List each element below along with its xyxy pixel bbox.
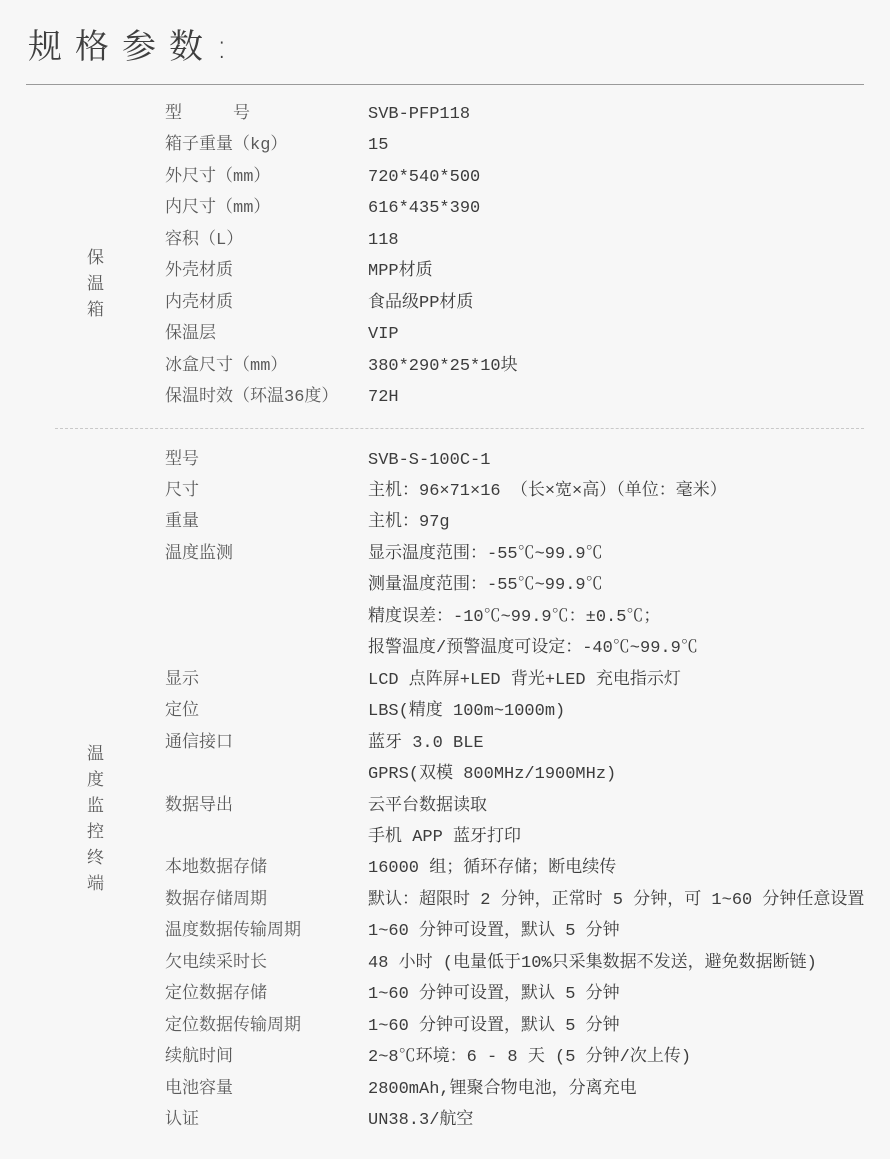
spec-row: 保温层 VIP xyxy=(165,319,864,350)
spec-value-line: 精度误差：-10℃~99.9℃：±0.5℃； xyxy=(368,602,864,633)
spec-property-name: 保温时效（环温36度） xyxy=(165,382,368,413)
spec-value-line: 食品级PP材质 xyxy=(368,288,864,319)
spec-property-name: 保温层 xyxy=(165,319,368,350)
spec-value-line: 显示温度范围：-55℃~99.9℃ xyxy=(368,539,864,570)
spec-property-name: 数据存储周期 xyxy=(165,885,368,916)
spec-property-name: 温度数据传输周期 xyxy=(165,916,368,947)
spec-row: 本地数据存储 16000 组；循环存储；断电续传 xyxy=(165,853,864,884)
spec-table: 保温箱 型 号 SVB-PFP118 箱子重量（kg） 15 外尺寸（mm） 7… xyxy=(26,99,864,1137)
section-divider xyxy=(55,428,864,429)
spec-property-values: 15 xyxy=(368,130,864,161)
section-label-cell: 温度监控终端 xyxy=(26,445,165,1137)
spec-value-line: 主机：96×71×16 （长×宽×高）（单位：毫米） xyxy=(368,476,864,507)
spec-value-line: 主机：97g xyxy=(368,507,864,538)
spec-property-values: 蓝牙 3.0 BLEGPRS(双模 800MHz/1900MHz) xyxy=(368,728,864,791)
spec-property-values: 主机：97g xyxy=(368,507,864,538)
spec-row: 重量 主机：97g xyxy=(165,507,864,538)
spec-property-values: 380*290*25*10块 xyxy=(368,351,864,382)
spec-section: 保温箱 型 号 SVB-PFP118 箱子重量（kg） 15 外尺寸（mm） 7… xyxy=(26,99,864,414)
spec-value-line: 48 小时 (电量低于10%只采集数据不发送，避免数据断链) xyxy=(368,948,864,979)
spec-property-name: 本地数据存储 xyxy=(165,853,368,884)
spec-row: 容积（L） 118 xyxy=(165,225,864,256)
spec-value-line: SVB-PFP118 xyxy=(368,99,864,130)
spec-property-name: 尺寸 xyxy=(165,476,368,507)
spec-property-values: VIP xyxy=(368,319,864,350)
spec-row: 箱子重量（kg） 15 xyxy=(165,130,864,161)
spec-value-line: VIP xyxy=(368,319,864,350)
spec-section: 温度监控终端 型号 SVB-S-100C-1 尺寸 主机：96×71×16 （长… xyxy=(26,445,864,1137)
spec-row: 欠电续采时长 48 小时 (电量低于10%只采集数据不发送，避免数据断链) xyxy=(165,948,864,979)
spec-value-line: SVB-S-100C-1 xyxy=(368,445,864,476)
spec-value-line: 手机 APP 蓝牙打印 xyxy=(368,822,864,853)
spec-row: 定位 LBS(精度 100m~1000m) xyxy=(165,696,864,727)
spec-row: 型 号 SVB-PFP118 xyxy=(165,99,864,130)
spec-value-line: 616*435*390 xyxy=(368,193,864,224)
spec-property-name: 定位数据存储 xyxy=(165,979,368,1010)
spec-row: 型号 SVB-S-100C-1 xyxy=(165,445,864,476)
spec-property-name: 欠电续采时长 xyxy=(165,948,368,979)
spec-value-line: 1~60 分钟可设置，默认 5 分钟 xyxy=(368,1011,864,1042)
spec-property-values: 2~8℃环境：6 - 8 天 (5 分钟/次上传) xyxy=(368,1042,864,1073)
spec-row: 认证 UN38.3/航空 xyxy=(165,1105,864,1136)
spec-property-name: 数据导出 xyxy=(165,791,368,822)
spec-property-values: 默认：超限时 2 分钟，正常时 5 分钟，可 1~60 分钟任意设置 xyxy=(368,885,864,916)
spec-value-line: 380*290*25*10块 xyxy=(368,351,864,382)
spec-property-name: 定位数据传输周期 xyxy=(165,1011,368,1042)
spec-value-line: LBS(精度 100m~1000m) xyxy=(368,696,864,727)
spec-property-values: 118 xyxy=(368,225,864,256)
spec-row: 内壳材质 食品级PP材质 xyxy=(165,288,864,319)
spec-property-name: 内尺寸（mm） xyxy=(165,193,368,224)
spec-property-values: 1~60 分钟可设置，默认 5 分钟 xyxy=(368,1011,864,1042)
spec-property-values: 显示温度范围：-55℃~99.9℃测量温度范围：-55℃~99.9℃精度误差：-… xyxy=(368,539,864,665)
spec-property-values: 720*540*500 xyxy=(368,162,864,193)
spec-value-line: 报警温度/预警温度可设定：-40℃~99.9℃ xyxy=(368,633,864,664)
spec-property-name: 冰盒尺寸（mm） xyxy=(165,351,368,382)
spec-page: 规格参数: 保温箱 型 号 SVB-PFP118 箱子重量（kg） 15 外尺寸… xyxy=(0,0,890,1137)
section-label: 温度监控终端 xyxy=(86,743,106,899)
spec-value-line: UN38.3/航空 xyxy=(368,1105,864,1136)
spec-row: 续航时间 2~8℃环境：6 - 8 天 (5 分钟/次上传) xyxy=(165,1042,864,1073)
spec-property-values: SVB-PFP118 xyxy=(368,99,864,130)
spec-row: 显示 LCD 点阵屏+LED 背光+LED 充电指示灯 xyxy=(165,665,864,696)
spec-property-values: MPP材质 xyxy=(368,256,864,287)
spec-property-name: 温度监测 xyxy=(165,539,368,570)
spec-property-name: 型号 xyxy=(165,445,368,476)
spec-property-name: 型 号 xyxy=(165,99,368,130)
spec-property-name: 外壳材质 xyxy=(165,256,368,287)
spec-property-values: LBS(精度 100m~1000m) xyxy=(368,696,864,727)
spec-row: 定位数据存储 1~60 分钟可设置，默认 5 分钟 xyxy=(165,979,864,1010)
spec-value-line: 云平台数据读取 xyxy=(368,791,864,822)
section-label-cell: 保温箱 xyxy=(26,99,165,414)
spec-row: 温度监测 显示温度范围：-55℃~99.9℃测量温度范围：-55℃~99.9℃精… xyxy=(165,539,864,665)
spec-value-line: 蓝牙 3.0 BLE xyxy=(368,728,864,759)
spec-value-line: 1~60 分钟可设置，默认 5 分钟 xyxy=(368,979,864,1010)
spec-value-line: 测量温度范围：-55℃~99.9℃ xyxy=(368,570,864,601)
spec-value-line: 15 xyxy=(368,130,864,161)
section-label: 保温箱 xyxy=(86,247,106,325)
spec-property-name: 容积（L） xyxy=(165,225,368,256)
spec-property-name: 认证 xyxy=(165,1105,368,1136)
spec-property-values: SVB-S-100C-1 xyxy=(368,445,864,476)
spec-property-values: 616*435*390 xyxy=(368,193,864,224)
spec-row: 电池容量 2800mAh,锂聚合物电池，分离充电 xyxy=(165,1074,864,1105)
spec-property-name: 续航时间 xyxy=(165,1042,368,1073)
spec-value-line: 2~8℃环境：6 - 8 天 (5 分钟/次上传) xyxy=(368,1042,864,1073)
spec-value-line: 2800mAh,锂聚合物电池，分离充电 xyxy=(368,1074,864,1105)
spec-row: 尺寸 主机：96×71×16 （长×宽×高）（单位：毫米） xyxy=(165,476,864,507)
spec-value-line: GPRS(双模 800MHz/1900MHz) xyxy=(368,759,864,790)
spec-row: 数据导出 云平台数据读取手机 APP 蓝牙打印 xyxy=(165,791,864,854)
spec-value-line: 16000 组；循环存储；断电续传 xyxy=(368,853,864,884)
spec-value-line: 1~60 分钟可设置，默认 5 分钟 xyxy=(368,916,864,947)
spec-value-line: 118 xyxy=(368,225,864,256)
spec-row: 定位数据传输周期 1~60 分钟可设置，默认 5 分钟 xyxy=(165,1011,864,1042)
spec-property-name: 重量 xyxy=(165,507,368,538)
spec-property-values: 48 小时 (电量低于10%只采集数据不发送，避免数据断链) xyxy=(368,948,864,979)
spec-property-values: 1~60 分钟可设置，默认 5 分钟 xyxy=(368,916,864,947)
spec-row: 数据存储周期 默认：超限时 2 分钟，正常时 5 分钟，可 1~60 分钟任意设… xyxy=(165,885,864,916)
spec-value-line: 720*540*500 xyxy=(368,162,864,193)
spec-property-name: 电池容量 xyxy=(165,1074,368,1105)
section-rows: 型 号 SVB-PFP118 箱子重量（kg） 15 外尺寸（mm） 720*5… xyxy=(165,99,864,414)
spec-row: 保温时效（环温36度） 72H xyxy=(165,382,864,413)
spec-property-values: 云平台数据读取手机 APP 蓝牙打印 xyxy=(368,791,864,854)
spec-row: 温度数据传输周期 1~60 分钟可设置，默认 5 分钟 xyxy=(165,916,864,947)
spec-row: 通信接口 蓝牙 3.0 BLEGPRS(双模 800MHz/1900MHz) xyxy=(165,728,864,791)
section-rows: 型号 SVB-S-100C-1 尺寸 主机：96×71×16 （长×宽×高）（单… xyxy=(165,445,864,1137)
spec-value-line: 72H xyxy=(368,382,864,413)
spec-property-name: 通信接口 xyxy=(165,728,368,759)
spec-property-values: UN38.3/航空 xyxy=(368,1105,864,1136)
spec-property-name: 内壳材质 xyxy=(165,288,368,319)
page-title: 规格参数: xyxy=(28,28,864,66)
spec-property-values: 16000 组；循环存储；断电续传 xyxy=(368,853,864,884)
spec-property-values: 主机：96×71×16 （长×宽×高）（单位：毫米） xyxy=(368,476,864,507)
title-divider xyxy=(26,84,864,85)
spec-property-values: 1~60 分钟可设置，默认 5 分钟 xyxy=(368,979,864,1010)
spec-value-line: 默认：超限时 2 分钟，正常时 5 分钟，可 1~60 分钟任意设置 xyxy=(368,885,864,916)
spec-property-name: 箱子重量（kg） xyxy=(165,130,368,161)
spec-property-name: 定位 xyxy=(165,696,368,727)
spec-row: 冰盒尺寸（mm） 380*290*25*10块 xyxy=(165,351,864,382)
spec-property-name: 外尺寸（mm） xyxy=(165,162,368,193)
spec-row: 外尺寸（mm） 720*540*500 xyxy=(165,162,864,193)
spec-row: 外壳材质 MPP材质 xyxy=(165,256,864,287)
spec-property-values: 食品级PP材质 xyxy=(368,288,864,319)
spec-value-line: LCD 点阵屏+LED 背光+LED 充电指示灯 xyxy=(368,665,864,696)
spec-property-values: 2800mAh,锂聚合物电池，分离充电 xyxy=(368,1074,864,1105)
spec-row: 内尺寸（mm） 616*435*390 xyxy=(165,193,864,224)
spec-value-line: MPP材质 xyxy=(368,256,864,287)
spec-property-name: 显示 xyxy=(165,665,368,696)
spec-property-values: 72H xyxy=(368,382,864,413)
spec-property-values: LCD 点阵屏+LED 背光+LED 充电指示灯 xyxy=(368,665,864,696)
